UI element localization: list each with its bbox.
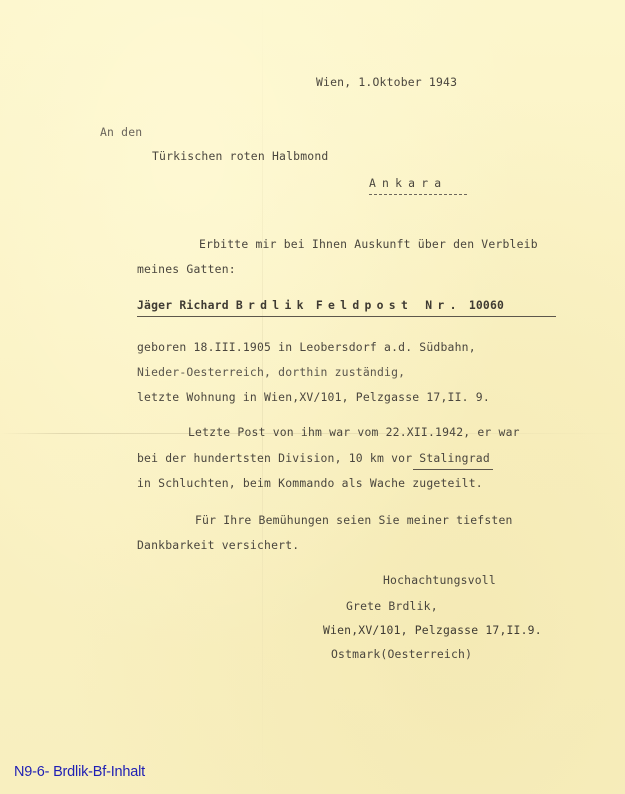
birth-details-line-3: letzte Wohnung in Wien,XV/101, Pelzgasse… — [137, 390, 490, 404]
paragraph-2-line-1: Letzte Post von ihm war vom 22.XII.1942,… — [188, 425, 520, 439]
paragraph-2-line-2: bei der hundertsten Division, 10 km vor … — [137, 451, 490, 465]
soldier-rank: Jäger — [137, 298, 172, 312]
soldier-underline — [137, 316, 556, 317]
paragraph-1-line-1: Erbitte mir bei Ihnen Auskunft über den … — [199, 237, 538, 251]
feldpost-label: Feldpost Nr. — [316, 298, 462, 312]
letter-date: Wien, 1.Oktober 1943 — [316, 75, 457, 89]
letter-page: Wien, 1.Oktober 1943 An den Türkischen r… — [0, 0, 625, 794]
archive-caption: N9-6- Brdlik-Bf-Inhalt — [14, 764, 145, 780]
birth-details-line-1: geboren 18.III.1905 in Leobersdorf a.d. … — [137, 340, 476, 354]
stalingrad-underline — [413, 469, 493, 470]
soldier-first-name: Richard — [179, 298, 228, 312]
recipient-city: Ankara — [369, 176, 447, 190]
soldier-identification: Jäger Richard Brdlik Feldpost Nr. 10060 — [137, 298, 504, 312]
paragraph-2-line-3: in Schluchten, beim Kommando als Wache z… — [137, 476, 483, 490]
paragraph-3-line-2: Dankbarkeit versichert. — [137, 538, 299, 552]
paragraph-1-line-2: meines Gatten: — [137, 262, 236, 276]
birth-details-line-2: Nieder-Oesterreich, dorthin zuständig, — [137, 365, 405, 379]
signature-closing: Hochachtungsvoll — [383, 573, 496, 587]
signer-name: Grete Brdlik, — [346, 599, 438, 613]
paragraph-3-line-1: Für Ihre Bemühungen seien Sie meiner tie… — [195, 513, 513, 527]
recipient-salutation: An den — [100, 125, 142, 139]
city-underline — [369, 194, 467, 195]
signer-address: Wien,XV/101, Pelzgasse 17,II.9. — [323, 623, 542, 637]
signer-country: Ostmark(Oesterreich) — [331, 647, 472, 661]
soldier-last-name: Brdlik — [236, 298, 309, 312]
feldpost-number: 10060 — [469, 298, 504, 312]
recipient-organization: Türkischen roten Halbmond — [152, 149, 328, 163]
